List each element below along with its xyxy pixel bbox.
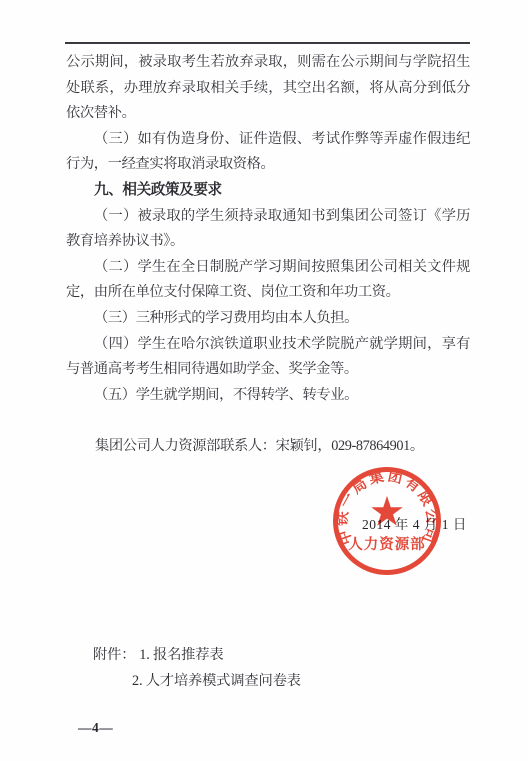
body-line: （三）如有伪造身份、证件造假、考试作弊等弄虚作假违纪 <box>66 127 470 153</box>
body-line: 处联系，办理放弃录取相关手续，其空出名额，将从高分到低分 <box>66 76 470 102</box>
document-page: 公示期间，被录取考生若放弃录取，则需在公示期间与学院招生 处联系，办理放弃录取相… <box>0 0 528 761</box>
official-seal: 中铁一局集团有限公司 ★ 人力资源部 <box>333 467 441 575</box>
blank-line <box>66 408 470 434</box>
body-line: 公示期间，被录取考生若放弃录取，则需在公示期间与学院招生 <box>66 50 470 76</box>
attachment-line: 附件：1. 报名推荐表 <box>93 643 301 669</box>
body-line: 依次替补。 <box>66 101 470 127</box>
document-body: 公示期间，被录取考生若放弃录取，则需在公示期间与学院招生 处联系，办理放弃录取相… <box>66 50 470 460</box>
contact-line: 集团公司人力资源部联系人：宋颖钊，029-87864901。 <box>66 434 470 460</box>
body-line: （二）学生在全日制脱产学习期间按照集团公司相关文件规 <box>66 255 470 281</box>
seal-department-text: 人力资源部 <box>333 533 441 554</box>
star-icon: ★ <box>369 492 406 533</box>
attachment-item: 2. 人才培养模式调查问卷表 <box>132 669 301 695</box>
body-line: 教育培养协议书》。 <box>66 229 470 255</box>
page-number: —4— <box>78 720 113 736</box>
attachments-block: 附件：1. 报名推荐表 2. 人才培养模式调查问卷表 <box>93 643 301 694</box>
body-line: （五）学生就学期间，不得转学、转专业。 <box>66 383 470 409</box>
attachment-label: 附件： <box>93 647 135 663</box>
body-line: 与普通高考考生相同待遇如助学金、奖学金等。 <box>66 357 470 383</box>
body-line: 行为，一经查实将取消录取资格。 <box>66 152 470 178</box>
page-top-rule <box>65 42 470 44</box>
body-line: 定，由所在单位支付保障工资、岗位工资和年功工资。 <box>66 280 470 306</box>
section-heading: 九、相关政策及要求 <box>66 178 470 204</box>
body-line: （一）被录取的学生须持录取通知书到集团公司签订《学历 <box>66 204 470 230</box>
body-line: （三）三种形式的学习费用均由本人负担。 <box>66 306 470 332</box>
attachment-item: 1. 报名推荐表 <box>139 647 223 663</box>
body-line: （四）学生在哈尔滨铁道职业技术学院脱产就学期间，享有 <box>66 332 470 358</box>
